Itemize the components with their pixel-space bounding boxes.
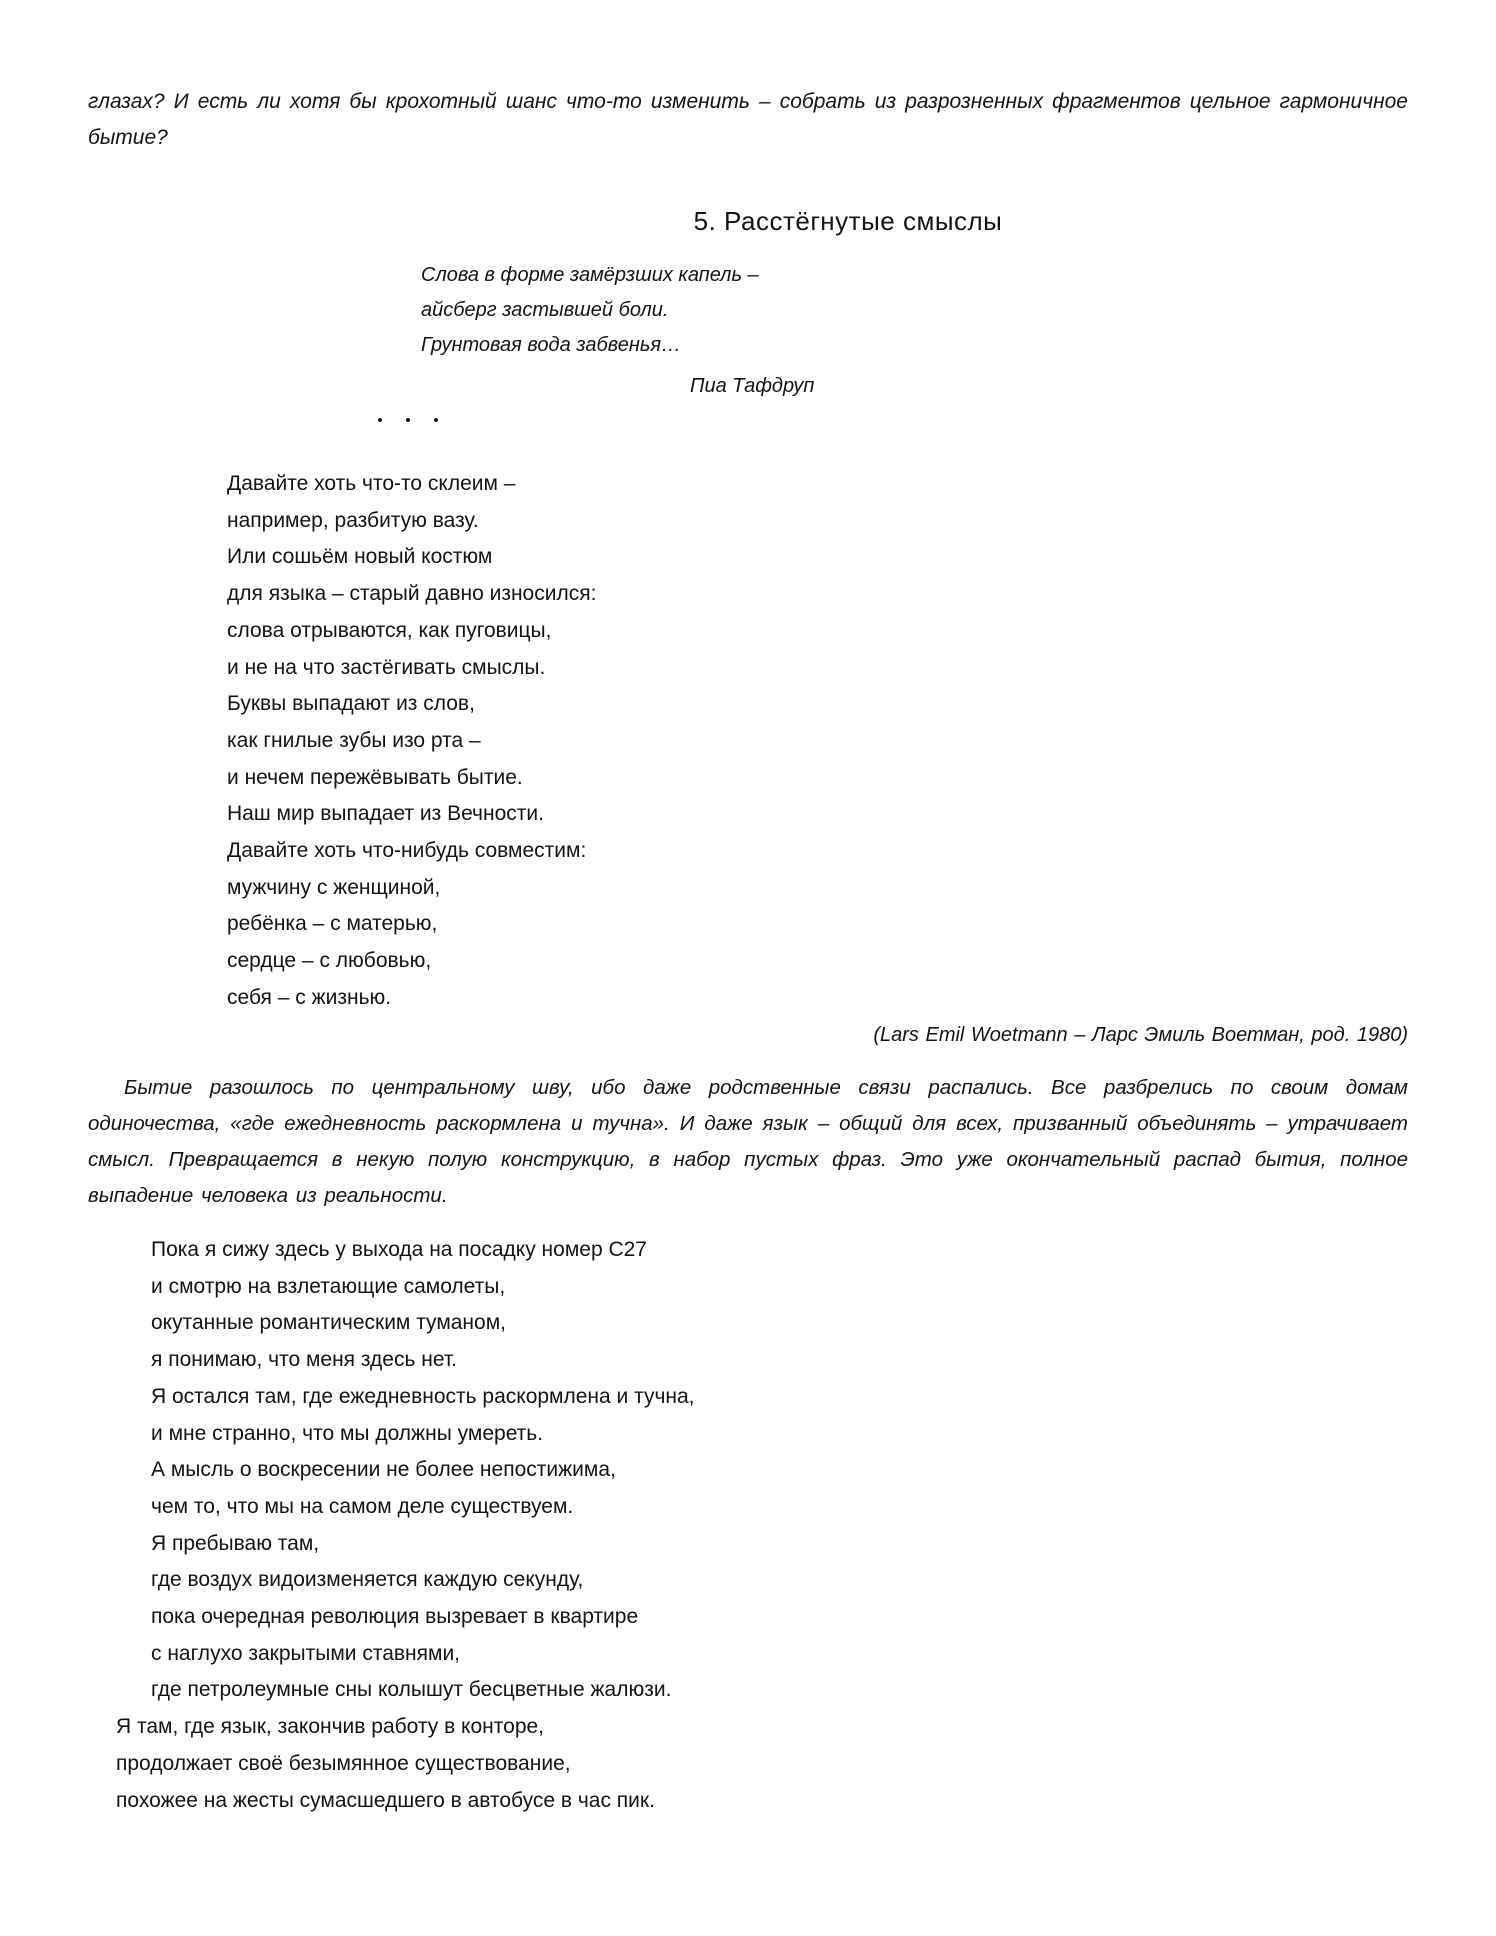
separator-dots — [378, 418, 438, 422]
poem-line: для языка – старый давно износился: — [227, 576, 596, 613]
poem-line: мужчину с женщиной, — [227, 870, 596, 907]
poem-line: и смотрю на взлетающие самолеты, — [116, 1269, 695, 1306]
poem-line: Я остался там, где ежедневность раскормл… — [116, 1379, 695, 1416]
poem-line: и мне странно, что мы должны умереть. — [116, 1416, 695, 1453]
poem-line: Давайте хоть что-то склеим – — [227, 466, 596, 503]
epigraph-author: Пиа Тафдруп — [690, 371, 814, 401]
poem-line: слова отрываются, как пуговицы, — [227, 613, 596, 650]
poem-line: чем то, что мы на самом деле существуем. — [116, 1489, 695, 1526]
poem-line: Пока я сижу здесь у выхода на посадку но… — [116, 1232, 695, 1269]
poem-line: где воздух видоизменяется каждую секунду… — [116, 1562, 695, 1599]
poem-line: и нечем пережёвывать бытие. — [227, 760, 596, 797]
poem-line: себя – с жизнью. — [227, 980, 596, 1017]
dot-icon — [406, 418, 410, 422]
document-page: глазах? И есть ли хотя бы крохотный шанс… — [0, 0, 1496, 1936]
epigraph: Слова в форме замёрзших капель – айсберг… — [421, 258, 759, 363]
poem-line: окутанные романтическим туманом, — [116, 1305, 695, 1342]
poem-line: пока очередная революция вызревает в ква… — [116, 1599, 695, 1636]
dot-icon — [378, 418, 382, 422]
poem-line: Буквы выпадают из слов, — [227, 686, 596, 723]
poem-line: ребёнка – с матерью, — [227, 906, 596, 943]
epigraph-line: Слова в форме замёрзших капель – — [421, 258, 759, 293]
poem-line: Я там, где язык, закончив работу в конто… — [116, 1709, 695, 1746]
intro-paragraph: глазах? И есть ли хотя бы крохотный шанс… — [88, 84, 1408, 156]
section-title: 5. Расстёгнутые смыслы — [0, 204, 1496, 238]
poem-attribution: (Lars Emil Woetmann – Ларс Эмиль Воетман… — [873, 1020, 1408, 1050]
poem-line: Давайте хоть что-нибудь совместим: — [227, 833, 596, 870]
poem-woetmann: Давайте хоть что-то склеим – например, р… — [227, 466, 596, 1017]
poem-line: продолжает своё безымянное существование… — [116, 1746, 695, 1783]
poem-line: с наглухо закрытыми ставнями, — [116, 1636, 695, 1673]
poem-line: например, разбитую вазу. — [227, 503, 596, 540]
poem-line: где петролеумные сны колышут бесцветные … — [116, 1672, 695, 1709]
commentary-paragraph: Бытие разошлось по центральному шву, ибо… — [88, 1070, 1408, 1214]
poem-airport: Пока я сижу здесь у выхода на посадку но… — [116, 1232, 695, 1819]
poem-line: похожее на жесты сумасшедшего в автобусе… — [116, 1783, 695, 1820]
epigraph-line: Грунтовая вода забвенья… — [421, 328, 759, 363]
epigraph-line: айсберг застывшей боли. — [421, 293, 759, 328]
poem-line: Я пребываю там, — [116, 1526, 695, 1563]
poem-line: как гнилые зубы изо рта – — [227, 723, 596, 760]
poem-line: сердце – с любовью, — [227, 943, 596, 980]
poem-line: я понимаю, что меня здесь нет. — [116, 1342, 695, 1379]
poem-line: Или сошьём новый костюм — [227, 539, 596, 576]
dot-icon — [434, 418, 438, 422]
poem-line: Наш мир выпадает из Вечности. — [227, 796, 596, 833]
poem-line: и не на что застёгивать смыслы. — [227, 650, 596, 687]
poem-line: А мысль о воскресении не более непостижи… — [116, 1452, 695, 1489]
